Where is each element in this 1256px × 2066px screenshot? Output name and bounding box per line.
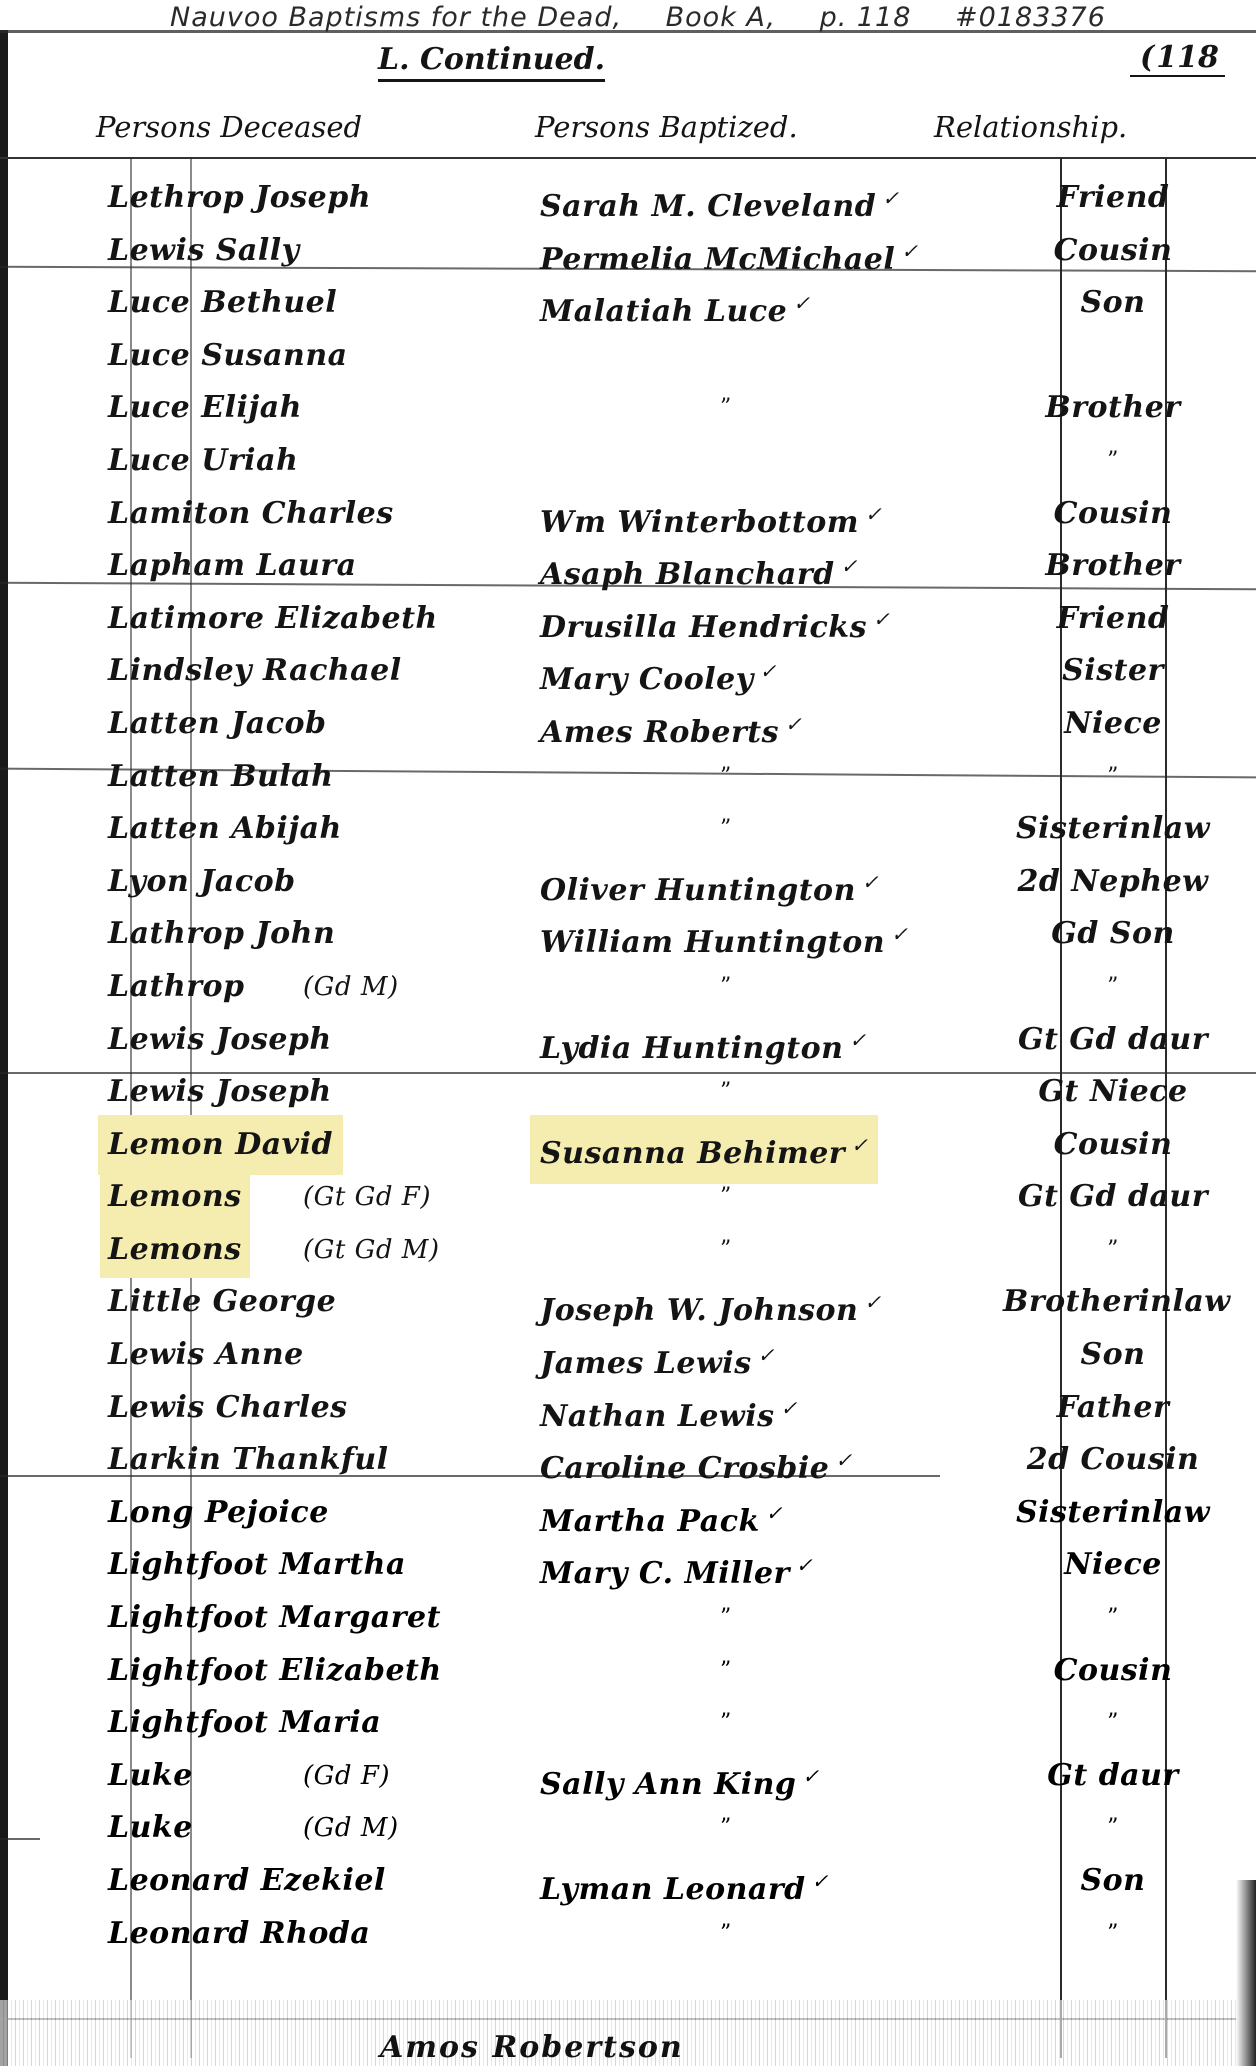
person-deceased: Lindsley Rachael: [108, 651, 402, 691]
person-baptized-name: Wm Winterbottom: [540, 505, 859, 540]
person-baptized: ”: [720, 1808, 732, 1848]
person-baptized-name: ”: [720, 1079, 732, 1104]
record-row: Luke(Gd F)Sally Ann King✓Gt daur: [0, 1756, 1256, 1809]
column-header-baptized: Persons Baptized.: [535, 110, 798, 144]
person-deceased: Lightfoot Elizabeth: [108, 1651, 442, 1691]
person-baptized-name: Joseph W. Johnson: [540, 1293, 858, 1328]
person-deceased: Lemons: [108, 1230, 242, 1270]
person-baptized: Sarah M. Cleveland✓: [540, 178, 899, 227]
top-rule: [0, 30, 1256, 33]
check-mark-icon: ✓: [864, 1290, 881, 1314]
section-title: L. Continued.: [378, 42, 605, 82]
person-deceased: Latten Abijah: [108, 809, 342, 849]
person-baptized: Nathan Lewis✓: [540, 1388, 798, 1437]
relationship: Niece: [1003, 1545, 1223, 1585]
person-baptized: William Huntington✓: [540, 914, 908, 963]
relationship: ”: [1003, 967, 1223, 1007]
person-deceased: Lewis Joseph: [108, 1072, 332, 1112]
person-deceased: Little George: [108, 1282, 336, 1322]
relationship: 2d Cousin: [1003, 1440, 1223, 1480]
relationship: ”: [1003, 757, 1223, 797]
record-row: Lightfoot Maria””: [0, 1703, 1256, 1756]
relationship: Niece: [1003, 704, 1223, 744]
person-deceased: Lewis Joseph: [108, 1020, 332, 1060]
record-row: Lamiton CharlesWm Winterbottom✓Cousin: [0, 494, 1256, 547]
relationship: ”: [1003, 1230, 1223, 1270]
person-baptized-name: Drusilla Hendricks: [540, 610, 867, 645]
record-row: Lyon JacobOliver Huntington✓2d Nephew: [0, 862, 1256, 915]
person-baptized: Oliver Huntington✓: [540, 862, 879, 911]
check-mark-icon: ✓: [802, 1764, 819, 1788]
person-baptized: Lyman Leonard✓: [540, 1861, 829, 1910]
relationship: ”: [1003, 441, 1223, 481]
person-baptized-name: ”: [720, 1237, 732, 1262]
column-header-deceased: Persons Deceased: [96, 110, 362, 144]
record-row: Lemons(Gt Gd M)””: [0, 1230, 1256, 1283]
person-baptized-name: Mary C. Miller: [540, 1556, 790, 1591]
person-baptized: Sally Ann King✓: [540, 1756, 820, 1805]
person-baptized: ”: [720, 1177, 732, 1217]
relation-note: (Gt Gd F): [303, 1177, 431, 1217]
person-deceased: Luce Susanna: [108, 336, 348, 376]
person-baptized-name: ”: [720, 816, 732, 841]
relationship: Cousin: [1003, 1651, 1223, 1691]
person-baptized: Ames Roberts✓: [540, 704, 802, 753]
person-baptized-name: Malatiah Luce: [540, 294, 787, 329]
person-baptized: Martha Pack✓: [540, 1493, 783, 1542]
record-row: Lemons(Gt Gd F)”Gt Gd daur: [0, 1177, 1256, 1230]
relation-note: (Gd M): [303, 967, 399, 1007]
relationship: Gt Gd daur: [1003, 1020, 1223, 1060]
annotation-book: Book A,: [666, 2, 776, 33]
person-baptized: Asaph Blanchard✓: [540, 546, 858, 595]
column-headers: Persons Deceased Persons Baptized. Relat…: [0, 110, 1256, 154]
person-deceased: Lethrop Joseph: [108, 178, 371, 218]
person-deceased: Lyon Jacob: [108, 862, 296, 902]
person-baptized-name: Oliver Huntington: [540, 873, 856, 908]
record-row: Lightfoot MarthaMary C. Miller✓Niece: [0, 1545, 1256, 1598]
person-deceased: Luke: [108, 1808, 193, 1848]
relationship: Friend: [1003, 599, 1223, 639]
scan-page-edge: [1236, 1880, 1256, 2066]
relationship: Son: [1003, 283, 1223, 323]
relationship: Sisterinlaw: [1003, 1493, 1223, 1533]
person-baptized: Lydia Huntington✓: [540, 1020, 867, 1069]
record-row: Larkin ThankfulCaroline Crosbie✓2d Cousi…: [0, 1440, 1256, 1493]
person-baptized: James Lewis✓: [540, 1335, 775, 1384]
relationship: ”: [1003, 1703, 1223, 1743]
person-deceased: Latten Bulah: [108, 757, 333, 797]
person-baptized-name: William Huntington: [540, 925, 885, 960]
person-baptized: ”: [720, 809, 732, 849]
person-baptized: Joseph W. Johnson✓: [540, 1282, 882, 1331]
relation-note: (Gt Gd M): [303, 1230, 440, 1270]
relationship: Sister: [1003, 651, 1223, 691]
person-deceased: Lemon David: [108, 1125, 333, 1165]
person-baptized-name: ”: [720, 764, 732, 789]
person-deceased: Luce Elijah: [108, 388, 302, 428]
check-mark-icon: ✓: [873, 607, 890, 631]
person-deceased: Lathrop John: [108, 914, 335, 954]
person-deceased: Lightfoot Maria: [108, 1703, 381, 1743]
record-row: Lightfoot Elizabeth”Cousin: [0, 1651, 1256, 1704]
person-deceased: Latten Jacob: [108, 704, 326, 744]
person-baptized: ”: [720, 1703, 732, 1743]
record-row: Lapham LauraAsaph Blanchard✓Brother: [0, 546, 1256, 599]
person-baptized-name: Sarah M. Cleveland: [540, 189, 876, 224]
relationship: Father: [1003, 1388, 1223, 1428]
person-baptized: Caroline Crosbie✓: [540, 1440, 853, 1489]
person-baptized: ”: [720, 1230, 732, 1270]
person-deceased: Long Pejoice: [108, 1493, 329, 1533]
check-mark-icon: ✓: [849, 1028, 866, 1052]
person-deceased: Lightfoot Margaret: [108, 1598, 441, 1638]
person-deceased: Latimore Elizabeth: [108, 599, 438, 639]
relationship: Gt Gd daur: [1003, 1177, 1223, 1217]
record-row: Latten JacobAmes Roberts✓Niece: [0, 704, 1256, 757]
relationship: Friend: [1003, 178, 1223, 218]
check-mark-icon: ✓: [760, 659, 777, 683]
person-baptized-name: Sally Ann King: [540, 1767, 796, 1802]
record-row: Lemon DavidSusanna Behimer✓Cousin: [0, 1125, 1256, 1178]
record-row: Luce Uriah”: [0, 441, 1256, 494]
check-mark-icon: ✓: [891, 922, 908, 946]
relationship: Gt Niece: [1003, 1072, 1223, 1112]
record-row: Lewis SallyPermelia McMichael✓Cousin: [0, 231, 1256, 284]
archive-annotation: Nauvoo Baptisms for the Dead, Book A, p.…: [170, 2, 1140, 33]
footer-scrawl: Amos Robertson: [380, 2030, 684, 2065]
person-baptized-name: Susanna Behimer: [540, 1136, 845, 1171]
person-deceased: Leonard Ezekiel: [108, 1861, 386, 1901]
record-row: Little GeorgeJoseph W. Johnson✓Brotherin…: [0, 1282, 1256, 1335]
person-baptized: ”: [720, 1072, 732, 1112]
relationship: Sisterinlaw: [1003, 809, 1223, 849]
relationship: Brother: [1003, 388, 1223, 428]
annotation-page-ref: p. 118: [820, 2, 912, 33]
person-baptized: Permelia McMichael✓: [540, 231, 919, 280]
person-baptized-name: ”: [720, 1605, 732, 1630]
check-mark-icon: ✓: [781, 1396, 798, 1420]
record-row: Lindsley RachaelMary Cooley✓Sister: [0, 651, 1256, 704]
relationship: Son: [1003, 1861, 1223, 1901]
person-deceased: Luce Uriah: [108, 441, 298, 481]
relation-note: (Gd F): [303, 1756, 390, 1796]
person-baptized: ”: [720, 388, 732, 428]
person-baptized: Malatiah Luce✓: [540, 283, 810, 332]
person-baptized: Drusilla Hendricks✓: [540, 599, 890, 648]
check-mark-icon: ✓: [796, 1553, 813, 1577]
person-deceased: Lemons: [108, 1177, 242, 1217]
record-row: Lewis AnneJames Lewis✓Son: [0, 1335, 1256, 1388]
person-baptized-name: Martha Pack: [540, 1504, 760, 1539]
person-deceased: Lamiton Charles: [108, 494, 394, 534]
person-baptized-name: Caroline Crosbie: [540, 1451, 829, 1486]
person-deceased: Lathrop: [108, 967, 245, 1007]
person-baptized-name: ”: [720, 1184, 732, 1209]
check-mark-icon: ✓: [835, 1448, 852, 1472]
person-deceased: Lewis Sally: [108, 231, 300, 271]
person-deceased: Lewis Charles: [108, 1388, 348, 1428]
person-baptized-name: Permelia McMichael: [540, 242, 895, 277]
record-row: Lethrop JosephSarah M. Cleveland✓Friend: [0, 178, 1256, 231]
check-mark-icon: ✓: [841, 554, 858, 578]
check-mark-icon: ✓: [785, 712, 802, 736]
check-mark-icon: ✓: [766, 1501, 783, 1525]
check-mark-icon: ✓: [793, 291, 810, 315]
record-row: Luce Elijah”Brother: [0, 388, 1256, 441]
relationship: ”: [1003, 1914, 1223, 1954]
relationship: Cousin: [1003, 494, 1223, 534]
record-row: Lewis JosephLydia Huntington✓Gt Gd daur: [0, 1020, 1256, 1073]
check-mark-icon: ✓: [758, 1343, 775, 1367]
annotation-film-number: #0183376: [955, 2, 1106, 33]
relationship: Gt daur: [1003, 1756, 1223, 1796]
person-baptized-name: ”: [720, 1658, 732, 1683]
relationship: Cousin: [1003, 1125, 1223, 1165]
person-baptized-name: ”: [720, 1921, 732, 1946]
record-row: Lathrop(Gd M)””: [0, 967, 1256, 1020]
person-baptized: Susanna Behimer✓: [540, 1125, 868, 1174]
relationship: 2d Nephew: [1003, 862, 1223, 902]
person-baptized-name: Lydia Huntington: [540, 1031, 843, 1066]
record-row: Luke(Gd M)””: [0, 1808, 1256, 1861]
record-row: Latten Abijah”Sisterinlaw: [0, 809, 1256, 862]
relationship: Gd Son: [1003, 914, 1223, 954]
record-row: Luce BethuelMalatiah Luce✓Son: [0, 283, 1256, 336]
person-deceased: Leonard Rhoda: [108, 1914, 370, 1954]
person-deceased: Larkin Thankful: [108, 1440, 389, 1480]
check-mark-icon: ✓: [865, 502, 882, 526]
person-baptized: Wm Winterbottom✓: [540, 494, 882, 543]
check-mark-icon: ✓: [862, 870, 879, 894]
person-baptized: Mary C. Miller✓: [540, 1545, 813, 1594]
record-row: Luce Susanna: [0, 336, 1256, 389]
check-mark-icon: ✓: [812, 1869, 829, 1893]
relationship: ”: [1003, 1808, 1223, 1848]
person-baptized: ”: [720, 967, 732, 1007]
check-mark-icon: ✓: [851, 1133, 868, 1157]
person-baptized: ”: [720, 1914, 732, 1954]
person-baptized-name: Mary Cooley: [540, 662, 754, 697]
relationship: Brother: [1003, 546, 1223, 586]
person-baptized-name: Nathan Lewis: [540, 1399, 775, 1434]
person-baptized: ”: [720, 1598, 732, 1638]
check-mark-icon: ✓: [901, 239, 918, 263]
record-row: Lewis CharlesNathan Lewis✓Father: [0, 1388, 1256, 1441]
person-baptized-name: Asaph Blanchard: [540, 557, 835, 592]
annotation-collection: Nauvoo Baptisms for the Dead,: [170, 2, 622, 33]
record-row: Leonard Rhoda””: [0, 1914, 1256, 1967]
person-deceased: Luce Bethuel: [108, 283, 337, 323]
person-baptized-name: ”: [720, 1815, 732, 1840]
page-number: 118: [1130, 40, 1225, 77]
person-deceased: Lapham Laura: [108, 546, 357, 586]
record-row: Lightfoot Margaret””: [0, 1598, 1256, 1651]
column-header-relationship: Relationship.: [934, 110, 1127, 144]
person-baptized-name: Ames Roberts: [540, 715, 779, 750]
baptism-records: Lethrop JosephSarah M. Cleveland✓FriendL…: [0, 178, 1256, 1966]
relationship: Cousin: [1003, 231, 1223, 271]
person-deceased: Lightfoot Martha: [108, 1545, 406, 1585]
record-row: Latimore ElizabethDrusilla Hendricks✓Fri…: [0, 599, 1256, 652]
relationship: ”: [1003, 1598, 1223, 1638]
person-deceased: Luke: [108, 1756, 193, 1796]
header-rule: [0, 157, 1256, 159]
person-baptized-name: ”: [720, 1710, 732, 1735]
person-baptized: ”: [720, 757, 732, 797]
person-baptized: ”: [720, 1651, 732, 1691]
person-deceased: Lewis Anne: [108, 1335, 304, 1375]
record-row: Lewis Joseph”Gt Niece: [0, 1072, 1256, 1125]
check-mark-icon: ✓: [882, 186, 899, 210]
person-baptized-name: ”: [720, 395, 732, 420]
record-row: Latten Bulah””: [0, 757, 1256, 810]
record-row: Lathrop JohnWilliam Huntington✓Gd Son: [0, 914, 1256, 967]
relation-note: (Gd M): [303, 1808, 399, 1848]
person-baptized-name: ”: [720, 974, 732, 999]
relationship: Son: [1003, 1335, 1223, 1375]
person-baptized: Mary Cooley✓: [540, 651, 777, 700]
person-baptized-name: James Lewis: [540, 1346, 752, 1381]
record-row: Long PejoiceMartha Pack✓Sisterinlaw: [0, 1493, 1256, 1546]
record-row: Leonard EzekielLyman Leonard✓Son: [0, 1861, 1256, 1914]
person-baptized-name: Lyman Leonard: [540, 1872, 806, 1907]
relationship: Brotherinlaw: [1003, 1282, 1223, 1322]
